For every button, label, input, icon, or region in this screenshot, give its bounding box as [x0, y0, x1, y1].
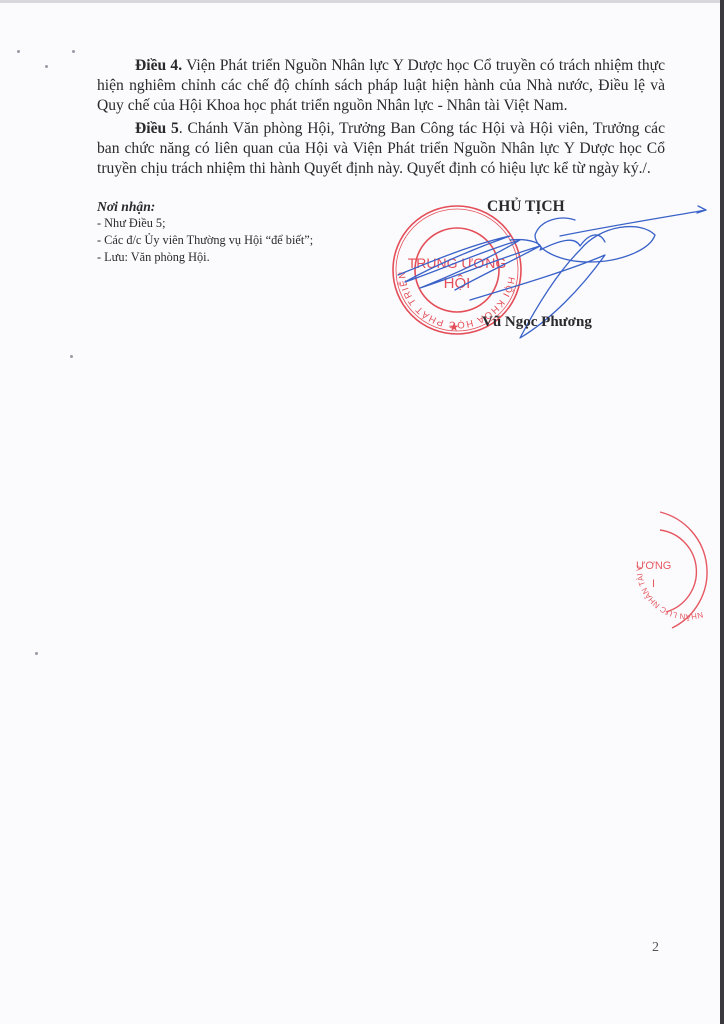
partial-seal-center2: I	[652, 578, 655, 590]
star-icon: ★	[449, 320, 460, 334]
svg-text:NHÂN LỰC NHÂN TÀI VIỆT NAM: NHÂN LỰC NHÂN TÀI VIỆT NAM	[0, 0, 704, 621]
partial-seal: ƯƠNG I NHÂN LỰC NHÂN TÀI VIỆT NAM	[0, 0, 707, 628]
partial-seal-ring-text: NHÂN LỰC NHÂN TÀI VIỆT NAM	[0, 0, 704, 621]
page-number: 2	[652, 940, 659, 956]
signer-name: Vũ Ngọc Phương	[482, 314, 592, 331]
stamps-and-signature: HỘI KHOA HỌC PHÁT TRIỂN NGUỒN NHÂN LỰC N…	[0, 0, 724, 1024]
official-seal: HỘI KHOA HỌC PHÁT TRIỂN NGUỒN NHÂN LỰC N…	[0, 0, 521, 334]
